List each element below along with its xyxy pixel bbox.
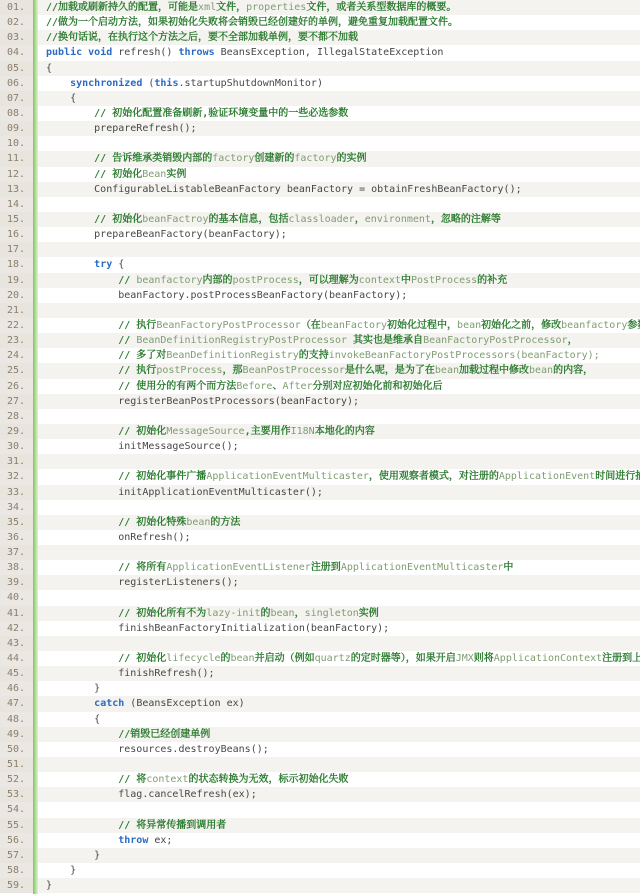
code-segment: // 多了对	[46, 350, 166, 361]
code-line: 31.	[0, 454, 640, 469]
line-number: 23.	[0, 333, 33, 348]
code-segment: classloader	[288, 214, 354, 225]
line-number: 19.	[0, 273, 33, 288]
code-segment	[46, 835, 118, 846]
code-line: 28.	[0, 409, 640, 424]
code-line: 37.	[0, 545, 640, 560]
line-code: // 告诉维承类销毁内部的factory创建新的factory的实例	[33, 151, 640, 166]
code-line: 08. // 初始化配置准备刷新,验证环境变量中的一些必选参数	[0, 106, 640, 121]
code-segment: 注册到	[311, 562, 341, 573]
line-number: 11.	[0, 151, 33, 166]
line-code: // 初始化beanFactroy的基本信息，包括classloader，env…	[33, 212, 640, 227]
line-number: 16.	[0, 227, 33, 242]
line-number: 27.	[0, 394, 33, 409]
line-code: // 将异常传播到调用者	[33, 818, 640, 833]
code-segment: onRefresh();	[46, 532, 191, 543]
code-line: 54.	[0, 802, 640, 817]
code-segment: }	[46, 850, 100, 861]
code-segment: // 初始化事件广播	[46, 471, 206, 482]
code-line: 59.}	[0, 878, 640, 893]
code-line: 04.public void refresh() throws BeansExc…	[0, 45, 640, 60]
code-segment: 的支持	[299, 350, 329, 361]
code-segment: // 使用分的有两个而方法	[46, 381, 236, 392]
line-number: 26.	[0, 379, 33, 394]
code-segment: prepareBeanFactory(beanFactory);	[46, 229, 287, 240]
line-code: registerBeanPostProcessors(beanFactory);	[33, 394, 640, 409]
line-code	[33, 303, 640, 318]
code-line: 15. // 初始化beanFactroy的基本信息，包括classloader…	[0, 212, 640, 227]
line-number: 15.	[0, 212, 33, 227]
line-number: 45.	[0, 666, 33, 681]
line-number: 03.	[0, 30, 33, 45]
code-segment: }	[46, 880, 52, 891]
code-segment: bean	[457, 320, 481, 331]
code-segment: factory	[212, 153, 254, 164]
line-code: //销毁已经创建单例	[33, 727, 640, 742]
code-segment: // 初始化	[46, 426, 166, 437]
code-segment: 的定时器等），如果开启	[351, 653, 456, 664]
code-segment: 中	[503, 562, 513, 573]
code-line: 02.//做为一个启动方法，如果初始化失败将会销毁已经创建好的单例，避免重复加载…	[0, 15, 640, 30]
line-number: 47.	[0, 696, 33, 711]
code-segment: 内部的	[203, 275, 233, 286]
line-code: //加载或刷新持久的配置，可能是xml文件，properties文件，或者关系型…	[33, 0, 640, 15]
code-segment: PostProcess	[411, 275, 477, 286]
code-line: 22. // 执行BeanFactoryPostProcessor（在beanF…	[0, 318, 640, 333]
line-number: 51.	[0, 757, 33, 772]
line-number: 06.	[0, 76, 33, 91]
line-number: 42.	[0, 621, 33, 636]
line-code: // 初始化配置准备刷新,验证环境变量中的一些必选参数	[33, 106, 640, 121]
code-segment: // 将	[46, 774, 146, 785]
code-segment: // 初始化	[46, 214, 142, 225]
code-line: 21.	[0, 303, 640, 318]
code-line: 30. initMessageSource();	[0, 439, 640, 454]
code-segment: throw	[118, 835, 148, 846]
code-segment: 文件，或者关系型数据库的概要。	[306, 2, 456, 13]
code-segment: //	[46, 335, 136, 346]
code-line: 06. synchronized (this.startupShutdownMo…	[0, 76, 640, 91]
code-segment: beanfactory	[561, 320, 627, 331]
line-number: 17.	[0, 242, 33, 257]
code-line: 46. }	[0, 681, 640, 696]
line-code: // 使用分的有两个而方法Before、After分别对应初始化前和初始化后	[33, 379, 640, 394]
line-number: 09.	[0, 121, 33, 136]
code-segment: registerBeanPostProcessors(beanFactory);	[46, 396, 359, 407]
line-code: // 初始化所有不为lazy-init的bean，singleton实例	[33, 606, 640, 621]
code-segment: lifecycle	[166, 653, 220, 664]
code-line: 18. try {	[0, 257, 640, 272]
line-code: // 初始化Bean实例	[33, 167, 640, 182]
code-line: 38. // 将所有ApplicationEventListener注册到App…	[0, 560, 640, 575]
code-line: 40.	[0, 590, 640, 605]
code-segment: public	[46, 47, 82, 58]
code-line: 24. // 多了对BeanDefinitionRegistry的支持invok…	[0, 348, 640, 363]
code-segment: properties	[246, 2, 306, 13]
code-line: 41. // 初始化所有不为lazy-init的bean，singleton实例	[0, 606, 640, 621]
line-number: 55.	[0, 818, 33, 833]
code-line: 39. registerListeners();	[0, 575, 640, 590]
code-segment: {	[46, 714, 100, 725]
code-segment: context	[146, 774, 188, 785]
line-number: 12.	[0, 167, 33, 182]
code-segment: 注册到上面	[602, 653, 640, 664]
code-line: 55. // 将异常传播到调用者	[0, 818, 640, 833]
code-segment: (	[142, 78, 154, 89]
line-code: {	[33, 91, 640, 106]
line-code	[33, 197, 640, 212]
code-segment: {	[46, 93, 76, 104]
line-code: prepareBeanFactory(beanFactory);	[33, 227, 640, 242]
line-number: 40.	[0, 590, 33, 605]
line-code: }	[33, 681, 640, 696]
line-code: finishBeanFactoryInitialization(beanFact…	[33, 621, 640, 636]
line-code	[33, 802, 640, 817]
line-code: ConfigurableListableBeanFactory beanFact…	[33, 182, 640, 197]
code-line: 33. initApplicationEventMulticaster();	[0, 485, 640, 500]
code-segment: 实例	[166, 169, 186, 180]
code-segment: context	[359, 275, 401, 286]
code-line: 56. throw ex;	[0, 833, 640, 848]
code-segment: lazy-init	[206, 608, 260, 619]
line-number: 43.	[0, 636, 33, 651]
code-segment: }	[46, 865, 76, 876]
code-segment: //换句话说，在执行这个方法之后，要不全部加载单例，要不都不加载	[46, 32, 358, 43]
line-code: finishRefresh();	[33, 666, 640, 681]
code-segment: prepareRefresh();	[46, 123, 197, 134]
code-segment: // 初始化	[46, 653, 166, 664]
code-segment: Bean	[142, 169, 166, 180]
code-line: 14.	[0, 197, 640, 212]
code-line: 10.	[0, 136, 640, 151]
code-segment: ，	[568, 335, 578, 346]
code-segment: //做为一个启动方法，如果初始化失败将会销毁已经创建好的单例，避免重复加载配置文…	[46, 17, 458, 28]
line-number: 38.	[0, 560, 33, 575]
code-line: 20. beanFactory.postProcessBeanFactory(b…	[0, 288, 640, 303]
line-number: 08.	[0, 106, 33, 121]
code-line: 13. ConfigurableListableBeanFactory bean…	[0, 182, 640, 197]
code-line: 19. // beanfactory内部的postProcess，可以理解为co…	[0, 273, 640, 288]
code-segment: 的方法	[210, 517, 240, 528]
line-code: try {	[33, 257, 640, 272]
code-segment: refresh()	[112, 47, 178, 58]
line-code: synchronized (this.startupShutdownMonito…	[33, 76, 640, 91]
code-segment: ，那	[223, 365, 243, 376]
code-segment: （在	[301, 320, 321, 331]
code-segment: ，忽略的注解等	[431, 214, 501, 225]
code-line: 32. // 初始化事件广播ApplicationEventMulticaste…	[0, 469, 640, 484]
code-segment: 并启动（例如	[255, 653, 315, 664]
code-segment: 的补充	[477, 275, 507, 286]
code-segment: ApplicationEventMulticaster	[341, 562, 504, 573]
line-number: 20.	[0, 288, 33, 303]
code-line: 57. }	[0, 848, 640, 863]
code-segment: //销毁已经创建单例	[46, 729, 210, 740]
line-number: 53.	[0, 787, 33, 802]
code-segment: bean	[231, 653, 255, 664]
code-line: 09. prepareRefresh();	[0, 121, 640, 136]
code-segment: initMessageSource();	[46, 441, 239, 452]
code-segment: BeanFactoryPostProcessor	[156, 320, 301, 331]
code-line: 35. // 初始化特殊bean的方法	[0, 515, 640, 530]
line-number: 41.	[0, 606, 33, 621]
code-segment: postProcess	[233, 275, 299, 286]
line-code	[33, 757, 640, 772]
line-number: 29.	[0, 424, 33, 439]
line-code: initMessageSource();	[33, 439, 640, 454]
code-segment: finishBeanFactoryInitialization(beanFact…	[46, 623, 389, 634]
code-segment: {	[112, 259, 124, 270]
line-number: 07.	[0, 91, 33, 106]
code-segment: ，	[355, 214, 365, 225]
code-line: 53. flag.cancelRefresh(ex);	[0, 787, 640, 802]
code-segment: Before	[236, 381, 272, 392]
line-number: 02.	[0, 15, 33, 30]
line-number: 44.	[0, 651, 33, 666]
line-code: onRefresh();	[33, 530, 640, 545]
code-line: 12. // 初始化Bean实例	[0, 167, 640, 182]
code-segment: MessageSource	[166, 426, 244, 437]
line-number: 35.	[0, 515, 33, 530]
code-segment: catch	[94, 698, 124, 709]
code-segment: finishRefresh();	[46, 668, 215, 679]
code-segment: beanFactroy	[142, 214, 208, 225]
code-segment: registerListeners();	[46, 577, 239, 588]
code-segment: 初始化过程中，	[387, 320, 457, 331]
line-code: //换句话说，在执行这个方法之后，要不全部加载单例，要不都不加载	[33, 30, 640, 45]
code-segment: 的	[261, 608, 271, 619]
code-line: 16. prepareBeanFactory(beanFactory);	[0, 227, 640, 242]
code-segment	[46, 698, 94, 709]
line-number: 10.	[0, 136, 33, 151]
code-segment: //加载或刷新持久的配置，可能是	[46, 2, 198, 13]
code-line: 42. finishBeanFactoryInitialization(bean…	[0, 621, 640, 636]
code-segment: 文件，	[216, 2, 246, 13]
code-line: 45. finishRefresh();	[0, 666, 640, 681]
line-code	[33, 545, 640, 560]
code-segment: 实例	[359, 608, 379, 619]
code-segment: 时间进行捕捉	[595, 471, 640, 482]
line-number: 37.	[0, 545, 33, 560]
line-code	[33, 242, 640, 257]
code-segment: factory	[294, 153, 336, 164]
line-code: // 初始化lifecycle的bean并启动（例如quartz的定时器等），如…	[33, 651, 640, 666]
line-number: 36.	[0, 530, 33, 545]
code-segment: //	[46, 275, 136, 286]
line-number: 57.	[0, 848, 33, 863]
code-segment: // 执行	[46, 365, 156, 376]
line-code: {	[33, 61, 640, 76]
code-segment: After	[282, 381, 312, 392]
line-code	[33, 409, 640, 424]
code-segment: I18N	[291, 426, 315, 437]
line-code	[33, 136, 640, 151]
code-line: 26. // 使用分的有两个而方法Before、After分别对应初始化前和初始…	[0, 379, 640, 394]
code-line: 27. registerBeanPostProcessors(beanFacto…	[0, 394, 640, 409]
code-segment: // 初始化特殊	[46, 517, 186, 528]
line-number: 56.	[0, 833, 33, 848]
code-segment: beanfactory	[136, 275, 202, 286]
line-number: 04.	[0, 45, 33, 60]
code-segment: ，	[295, 608, 305, 619]
code-segment	[46, 78, 70, 89]
line-number: 58.	[0, 863, 33, 878]
code-segment: BeansException, IllegalStateException	[215, 47, 444, 58]
code-segment: BeanFactoryPostProcessor	[423, 335, 568, 346]
code-segment: resources.destroyBeans();	[46, 744, 269, 755]
line-code: catch (BeansException ex)	[33, 696, 640, 711]
code-segment: beanFactory.postProcessBeanFactory(beanF…	[46, 290, 407, 301]
line-code	[33, 636, 640, 651]
code-segment: BeanDefinitionRegistryPostProcessor	[136, 335, 347, 346]
code-line: 50. resources.destroyBeans();	[0, 742, 640, 757]
line-code: initApplicationEventMulticaster();	[33, 485, 640, 500]
line-number: 05.	[0, 61, 33, 76]
code-line: 11. // 告诉维承类销毁内部的factory创建新的factory的实例	[0, 151, 640, 166]
line-code: registerListeners();	[33, 575, 640, 590]
code-segment: 其实也是维承自	[347, 335, 423, 346]
line-code: // 将context的状态转换为无效，标示初始化失败	[33, 772, 640, 787]
line-code: public void refresh() throws BeansExcept…	[33, 45, 640, 60]
code-segment: bean	[435, 365, 459, 376]
code-segment: BeanDefinitionRegistry	[166, 350, 298, 361]
code-segment: // 将所有	[46, 562, 166, 573]
code-segment: quartz	[315, 653, 351, 664]
line-code: }	[33, 878, 640, 893]
code-segment: }	[46, 683, 100, 694]
code-line: 29. // 初始化MessageSource,主要用作I18N本地化的内容	[0, 424, 640, 439]
code-line: 01.//加载或刷新持久的配置，可能是xml文件，properties文件，或者…	[0, 0, 640, 15]
code-segment: invokeBeanFactoryPostProcessors(beanFact…	[329, 350, 600, 361]
line-number: 32.	[0, 469, 33, 484]
code-line: 52. // 将context的状态转换为无效，标示初始化失败	[0, 772, 640, 787]
code-segment: // 初始化所有不为	[46, 608, 206, 619]
line-number: 33.	[0, 485, 33, 500]
code-segment: ，可以理解为	[299, 275, 359, 286]
line-code	[33, 500, 640, 515]
code-segment: throws	[178, 47, 214, 58]
line-code: // 初始化事件广播ApplicationEventMulticaster，使用…	[33, 469, 640, 484]
code-segment: flag.cancelRefresh(ex);	[46, 789, 257, 800]
code-segment: 是什么呢，是为了在	[345, 365, 435, 376]
code-segment: // 告诉维承类销毁内部的	[46, 153, 212, 164]
code-line: 51.	[0, 757, 640, 772]
code-segment	[46, 259, 94, 270]
code-segment: 创建新的	[254, 153, 294, 164]
code-viewer: 01.//加载或刷新持久的配置，可能是xml文件，properties文件，或者…	[0, 0, 640, 894]
code-segment: 的内容，	[553, 365, 593, 376]
line-number: 34.	[0, 500, 33, 515]
code-segment: initApplicationEventMulticaster();	[46, 487, 323, 498]
line-number: 49.	[0, 727, 33, 742]
code-segment: 分别对应初始化前和初始化后	[313, 381, 443, 392]
code-segment: ApplicationEventMulticaster	[206, 471, 369, 482]
code-line: 58. }	[0, 863, 640, 878]
code-line: 47. catch (BeansException ex)	[0, 696, 640, 711]
code-line: 44. // 初始化lifecycle的bean并启动（例如quartz的定时器…	[0, 651, 640, 666]
code-segment: try	[94, 259, 112, 270]
line-number: 24.	[0, 348, 33, 363]
code-segment: ApplicationEvent	[499, 471, 595, 482]
code-segment: postProcess	[156, 365, 222, 376]
line-number: 28.	[0, 409, 33, 424]
code-segment: JMX	[456, 653, 474, 664]
line-number: 46.	[0, 681, 33, 696]
line-code: throw ex;	[33, 833, 640, 848]
code-segment: // 初始化配置准备刷新,验证环境变量中的一些必选参数	[46, 108, 348, 119]
line-number: 22.	[0, 318, 33, 333]
line-number: 59.	[0, 878, 33, 893]
code-segment: {	[46, 63, 52, 74]
code-segment: // 将异常传播到调用者	[46, 820, 226, 831]
code-segment: 则将	[474, 653, 494, 664]
line-code: //做为一个启动方法，如果初始化失败将会销毁已经创建好的单例，避免重复加载配置文…	[33, 15, 640, 30]
line-number: 30.	[0, 439, 33, 454]
line-code: // BeanDefinitionRegistryPostProcessor 其…	[33, 333, 640, 348]
code-segment: BeanPostProcessor	[243, 365, 345, 376]
line-number: 50.	[0, 742, 33, 757]
code-segment: 加载过程中修改	[459, 365, 529, 376]
code-line: 23. // BeanDefinitionRegistryPostProcess…	[0, 333, 640, 348]
line-code: // 执行postProcess，那BeanPostProcessor是什么呢，…	[33, 363, 640, 378]
code-line: 05.{	[0, 61, 640, 76]
code-line: 03.//换句话说，在执行这个方法之后，要不全部加载单例，要不都不加载	[0, 30, 640, 45]
line-code: prepareRefresh();	[33, 121, 640, 136]
code-segment: 的状态转换为无效，标示初始化失败	[188, 774, 348, 785]
line-code: // 执行BeanFactoryPostProcessor（在beanFacto…	[33, 318, 640, 333]
code-line: 25. // 执行postProcess，那BeanPostProcessor是…	[0, 363, 640, 378]
line-code: // 多了对BeanDefinitionRegistry的支持invokeBea…	[33, 348, 640, 363]
code-segment: // 执行	[46, 320, 156, 331]
code-line: 48. {	[0, 712, 640, 727]
line-code: }	[33, 863, 640, 878]
code-segment: xml	[198, 2, 216, 13]
code-segment: synchronized	[70, 78, 142, 89]
line-number: 14.	[0, 197, 33, 212]
line-code: // 初始化特殊bean的方法	[33, 515, 640, 530]
line-code: // 将所有ApplicationEventListener注册到Applica…	[33, 560, 640, 575]
code-segment: bean	[186, 517, 210, 528]
line-number: 52.	[0, 772, 33, 787]
code-segment: beanFactory	[321, 320, 387, 331]
line-code	[33, 590, 640, 605]
code-segment: .startupShutdownMonitor)	[178, 78, 323, 89]
code-line: 07. {	[0, 91, 640, 106]
line-number: 48.	[0, 712, 33, 727]
code-line: 34.	[0, 500, 640, 515]
code-segment: 参数）、	[627, 320, 640, 331]
code-segment: 的基本信息，包括	[208, 214, 288, 225]
code-segment: 的实例	[337, 153, 367, 164]
line-code: {	[33, 712, 640, 727]
code-segment: singleton	[305, 608, 359, 619]
line-code: flag.cancelRefresh(ex);	[33, 787, 640, 802]
code-segment: ApplicationContext	[494, 653, 602, 664]
line-code: // 初始化MessageSource,主要用作I18N本地化的内容	[33, 424, 640, 439]
code-line: 49. //销毁已经创建单例	[0, 727, 640, 742]
code-segment: this	[154, 78, 178, 89]
code-segment: (BeansException ex)	[124, 698, 244, 709]
line-number: 25.	[0, 363, 33, 378]
code-segment: 、	[272, 381, 282, 392]
code-segment: ,主要用作	[245, 426, 291, 437]
code-segment: ex;	[148, 835, 172, 846]
line-code: }	[33, 848, 640, 863]
gutter-accent-bar	[33, 0, 38, 894]
code-segment: 的	[221, 653, 231, 664]
line-code: // beanfactory内部的postProcess，可以理解为contex…	[33, 273, 640, 288]
line-code: beanFactory.postProcessBeanFactory(beanF…	[33, 288, 640, 303]
